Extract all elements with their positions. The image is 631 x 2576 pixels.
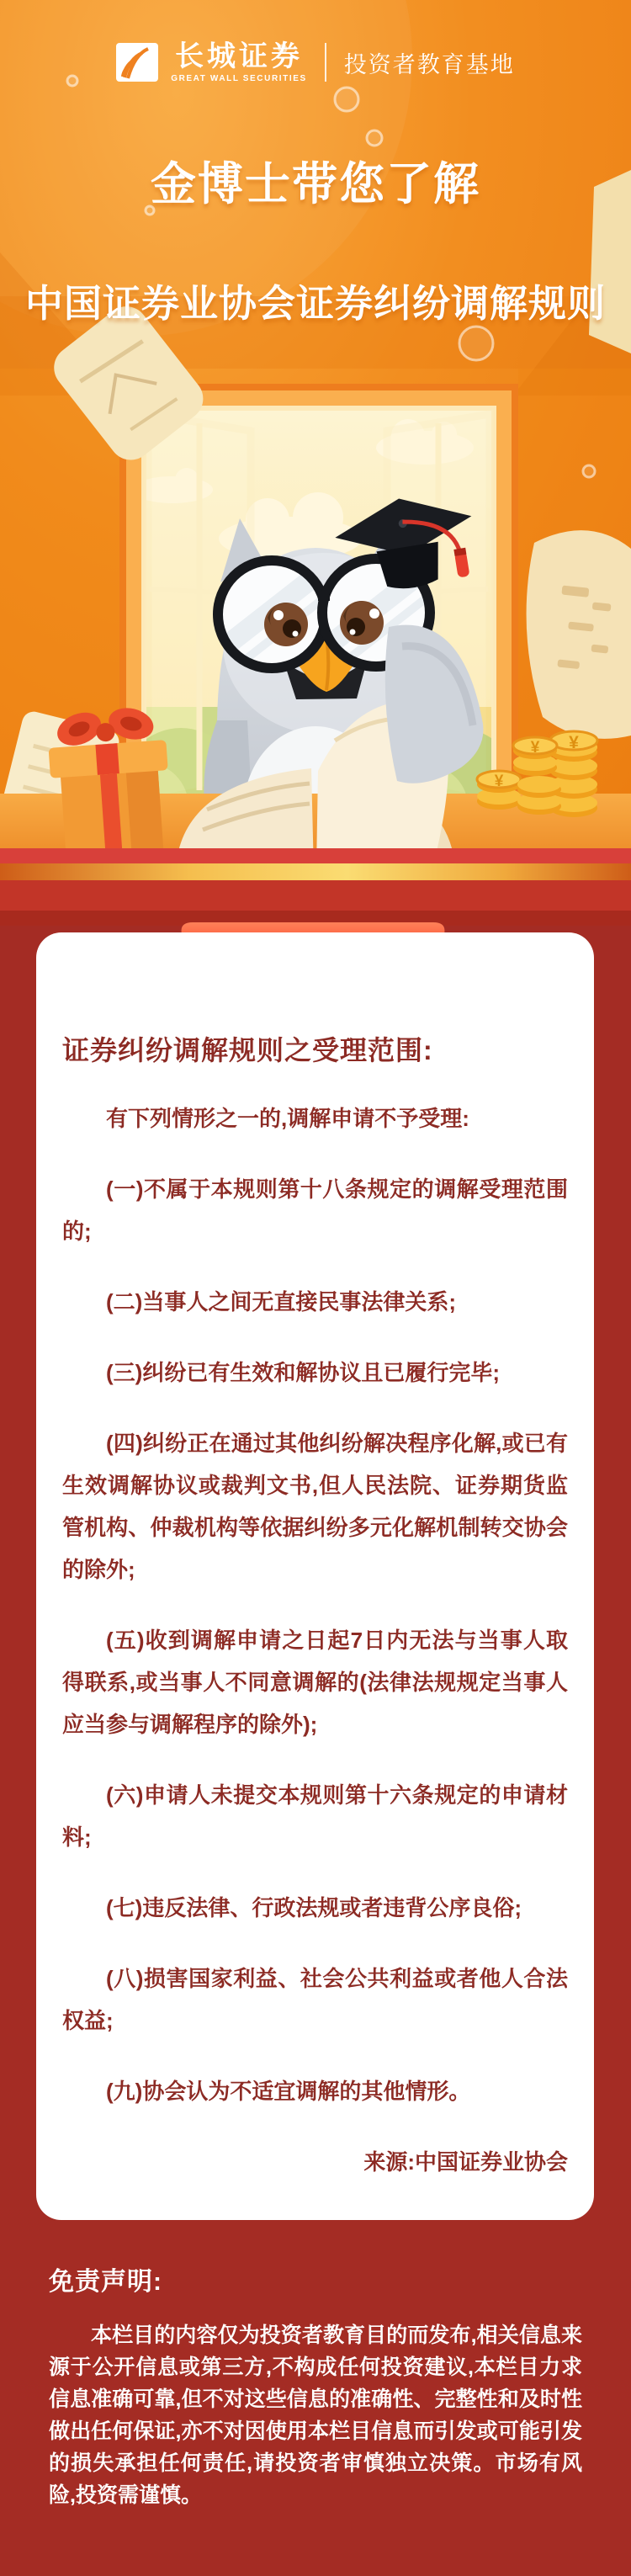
- rule-item: (二)当事人之间无直接民事法律关系;: [62, 1281, 568, 1323]
- disclaimer-section: 免责声明: 本栏目的内容仅为投资者教育目的而发布,相关信息来源于公开信息或第三方…: [49, 2265, 582, 2511]
- disclaimer-title: 免责声明:: [49, 2265, 582, 2299]
- rule-item: (四)纠纷正在通过其他纠纷解决程序化解,或已有生效调解协议或裁判文书,但人民法院…: [62, 1422, 568, 1591]
- card-heading: 证券纠纷调解规则之受理范围:: [62, 1032, 568, 1069]
- yuan-coin-icon: ¥: [531, 739, 540, 757]
- rule-item: (八)损害国家利益、社会公共利益或者他人合法权益;: [62, 1957, 568, 2042]
- card-intro: 有下列情形之一的,调解申请不予受理:: [62, 1097, 568, 1139]
- investor-education-label: 投资者教育基地: [344, 46, 515, 79]
- rule-item: (三)纠纷已有生效和解协议且已履行完毕;: [62, 1352, 568, 1394]
- brand-text: 长城证券 GREAT WALL SECURITIES: [171, 42, 307, 83]
- source-attribution: 来源:中国证券业协会: [62, 2141, 568, 2183]
- content-card: 证券纠纷调解规则之受理范围: 有下列情形之一的,调解申请不予受理: (一)不属于…: [36, 932, 594, 2220]
- rule-item: (六)申请人未提交本规则第十六条规定的申请材料;: [62, 1774, 568, 1858]
- rule-item: (五)收到调解申请之日起7日内无法与当事人取得联系,或当事人不同意调解的(法律法…: [62, 1619, 568, 1745]
- rule-item: (九)协会认为不适宜调解的其他情形。: [62, 2070, 568, 2112]
- greatwall-logo-icon: [116, 43, 158, 82]
- rule-item: (一)不属于本规则第十八条规定的调解受理范围的;: [62, 1168, 568, 1252]
- brand-name-en: GREAT WALL SECURITIES: [171, 75, 307, 83]
- brand-header: 长城证券 GREAT WALL SECURITIES 投资者教育基地: [0, 39, 631, 86]
- yuan-coin-icon: ¥: [569, 733, 579, 752]
- rule-item: (七)违反法律、行政法规或者违背公序良俗;: [62, 1887, 568, 1929]
- desk-front-edge: [0, 848, 631, 926]
- hero-subtitle: 中国证券业协会证券纠纷调解规则: [0, 273, 631, 327]
- investor-education-poster: ¥ ¥ ¥: [0, 0, 631, 2576]
- yuan-coin-icon: ¥: [495, 773, 504, 790]
- hero-illustration: ¥ ¥ ¥: [0, 0, 631, 926]
- brand-name-cn: 长城证券: [175, 42, 303, 71]
- hero-title: 金博士带您了解: [0, 148, 631, 213]
- disclaimer-body: 本栏目的内容仅为投资者教育目的而发布,相关信息来源于公开信息或第三方,不构成任何…: [49, 2319, 582, 2511]
- header-divider: [325, 43, 326, 82]
